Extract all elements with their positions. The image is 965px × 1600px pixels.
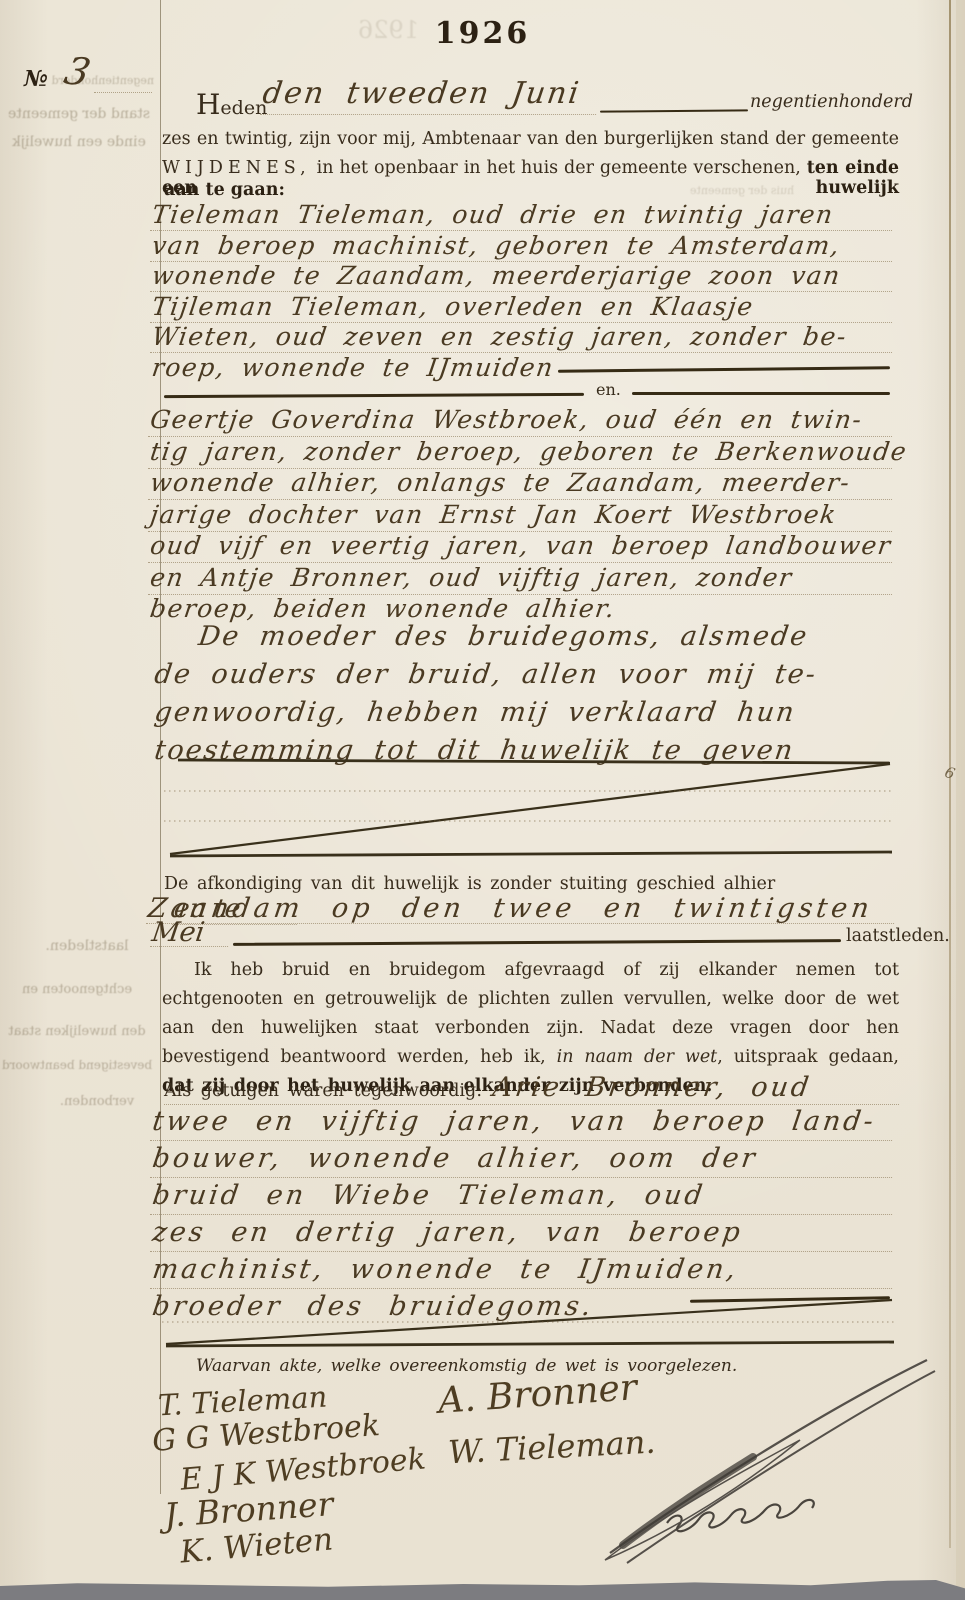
act-number-value: 3 [60, 49, 95, 95]
intro-line-3-mid: in het openbaar in het huis der gemeente… [317, 158, 801, 178]
witness-line: twee en vijftig jaren, van beroep land- [150, 1104, 897, 1141]
divider-line-left [164, 393, 584, 398]
page-right-strip [956, 0, 965, 1600]
proclamation-hw-line-3: Mei [150, 916, 232, 947]
witnesses-printed: Als getuigen waren tegenwoordig: [164, 1081, 482, 1101]
official-signature-flourish [575, 1335, 940, 1570]
bride-line: Geertje Goverdina Westbroek, oud één en … [148, 405, 896, 437]
fill-line [600, 109, 748, 113]
ghost-margin-line: laatstleden. [20, 938, 154, 954]
bride-line: oud vijf en veertig jaren, van beroep la… [148, 531, 896, 563]
groom-line: Tieleman Tieleman, oud drie en twintig j… [150, 200, 896, 231]
act-number-label: № [24, 66, 48, 92]
intro-line-4: aan te gaan: [164, 180, 285, 200]
page-title-year: 1926 [0, 16, 965, 51]
bride-line: jarige dochter van Ernst Jan Koert Westb… [148, 500, 896, 532]
bride-line: wonende alhier, onlangs te Zaandam, meer… [148, 468, 896, 500]
witness-line: bouwer, wonende alhier, oom der [150, 1141, 897, 1178]
witness-line: machinist, wonende te IJmuiden, [150, 1252, 897, 1289]
ghost-margin-line: den huwelijken staat [0, 1024, 154, 1039]
printed-laatstleden: laatstleden. [846, 926, 950, 946]
scanner-background [0, 1580, 965, 1600]
witness-line: bruid en Wiebe Tieleman, oud [150, 1178, 897, 1215]
ghost-margin-line: verbonden. [40, 1094, 154, 1109]
groom-line: van beroep machinist, geboren te Amsterd… [150, 231, 896, 262]
document-scan: 1926 negentienhonderd stand der gemeente… [0, 0, 965, 1600]
bride-details-block: Geertje Goverdina Westbroek, oud één en … [148, 405, 892, 625]
groom-details-block: Tieleman Tieleman, oud drie en twintig j… [150, 200, 892, 382]
printed-heden: Heden [196, 88, 267, 121]
gemeente-name: WIJDENES, [162, 158, 311, 178]
bride-line: en Antje Bronner, oud vijftig jaren, zon… [148, 563, 896, 595]
fill-line [233, 939, 841, 945]
ghost-margin-line: einde een huwelijk [2, 134, 156, 150]
void-strikethrough-1 [150, 748, 898, 863]
divider-line-right [632, 392, 890, 395]
bride-line: tig jaren, zonder beroep, geboren te Ber… [148, 437, 896, 469]
handwritten-date: den tweeden Juni [260, 70, 602, 115]
printed-negentienhonderd: negentienhonderd [750, 92, 913, 112]
vows-part-italic: in naam der wet [557, 1047, 718, 1067]
groom-line: Tijleman Tieleman, overleden en Klaasje [150, 292, 896, 323]
ghost-margin-line: stand der gemeente [2, 106, 156, 122]
proclamation-printed: De afkondiging van dit huwelijk is zonde… [164, 874, 775, 894]
act-number-dotted-line [94, 76, 152, 93]
witness-line-1: Als getuigen waren tegenwoordig: Arie Br… [164, 1072, 899, 1105]
witnesses-hw-inline: Arie Bronner, oud [491, 1072, 814, 1103]
groom-line: wonende te Zaandam, meerderjarige zoon v… [150, 261, 896, 292]
groom-line: Wieten, oud zeven en zestig jaren, zonde… [150, 322, 896, 353]
intro-line-2: zes en twintig, zijn voor mij, Ambtenaar… [162, 129, 899, 149]
divider-en: en. [596, 380, 621, 399]
ghost-margin-line: echtgenooten en [0, 982, 154, 997]
edge-ink-mark: 6 [942, 763, 957, 783]
consent-line: genwoordig, hebben mij verklaard hun [152, 694, 897, 732]
consent-line: de ouders der bruid, allen voor mij te- [152, 656, 897, 694]
ghost-margin-line: bevestigend beantwoord [0, 1058, 154, 1072]
witness-line: zes en dertig jaren, van beroep [150, 1215, 897, 1252]
vows-part-3: , uitspraak gedaan, [717, 1047, 899, 1067]
proclamation-hw-line-2: Zaandam op den twee en twintigsten [146, 893, 898, 924]
consent-line: De moeder des bruidegoms, alsmede [152, 618, 897, 656]
